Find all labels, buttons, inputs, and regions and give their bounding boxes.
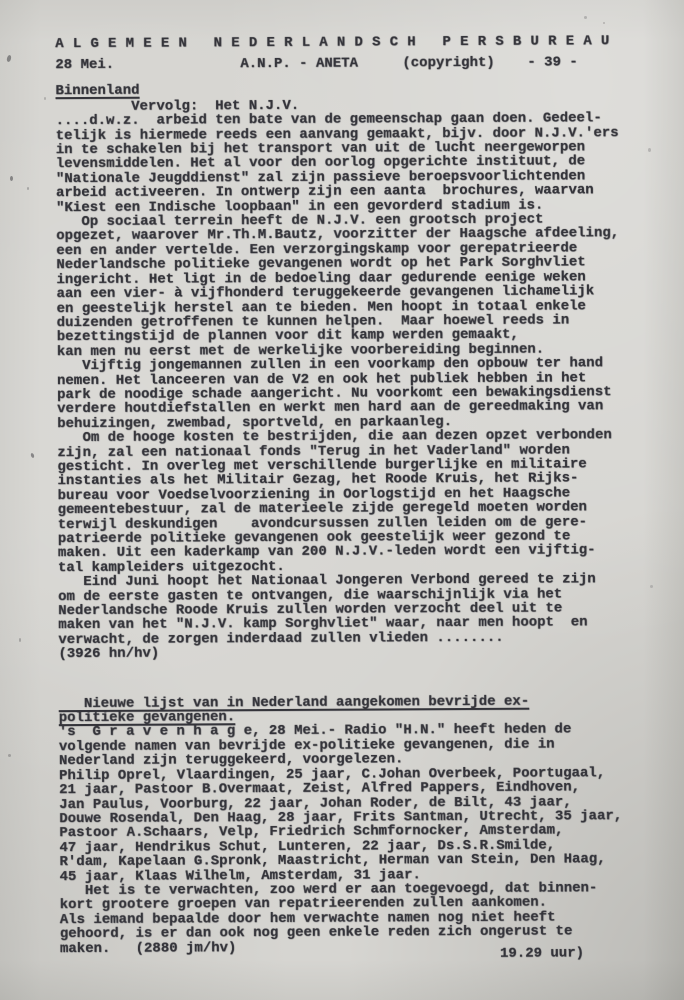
text-line: (3926 hn/hv) — [58, 644, 684, 662]
bureau-title: A L G E M E E N N E D E R L A N D S C H … — [55, 34, 684, 52]
closing-row: maken. (2880 jm/hv)19.29 uur) — [60, 938, 684, 956]
copyright-note: (copyright) — [402, 56, 494, 71]
paper-speck — [19, 638, 21, 642]
article-njv-body: Vervolg: Het N.J.V.....d.w.z. arbeid ten… — [56, 97, 684, 662]
paper-speck — [650, 585, 653, 588]
paper-speck — [648, 148, 651, 152]
page-number: - 39 - — [527, 56, 577, 71]
bulletin-date: 28 Mei. — [55, 58, 114, 73]
dateline-row: 28 Mei. A.N.P. - ANETA (copyright) - 39 … — [55, 55, 655, 73]
paper-speck — [27, 187, 29, 190]
paper-speck — [8, 754, 11, 757]
text-line: maken. Uit een kaderkamp van 200 N.J.V.-… — [58, 543, 684, 561]
agency-name: A.N.P. - ANETA — [240, 57, 358, 72]
paper-speck — [390, 928, 392, 933]
article-list: Nieuwe lijst van in Nederland aangekomen… — [59, 693, 684, 956]
closing-line: maken. (2880 jm/hv) — [60, 940, 237, 957]
press-bulletin-page: A L G E M E E N N E D E R L A N D S C H … — [0, 0, 684, 1000]
time-stamp: 19.29 uur) — [500, 946, 584, 961]
paper-speck — [44, 97, 46, 100]
paper-speck — [584, 16, 587, 19]
paper-speck — [603, 22, 605, 24]
paper-speck — [10, 176, 13, 181]
article-list-body: 's G r a v e n h a g e, 28 Mei.- Radio "… — [59, 722, 684, 941]
